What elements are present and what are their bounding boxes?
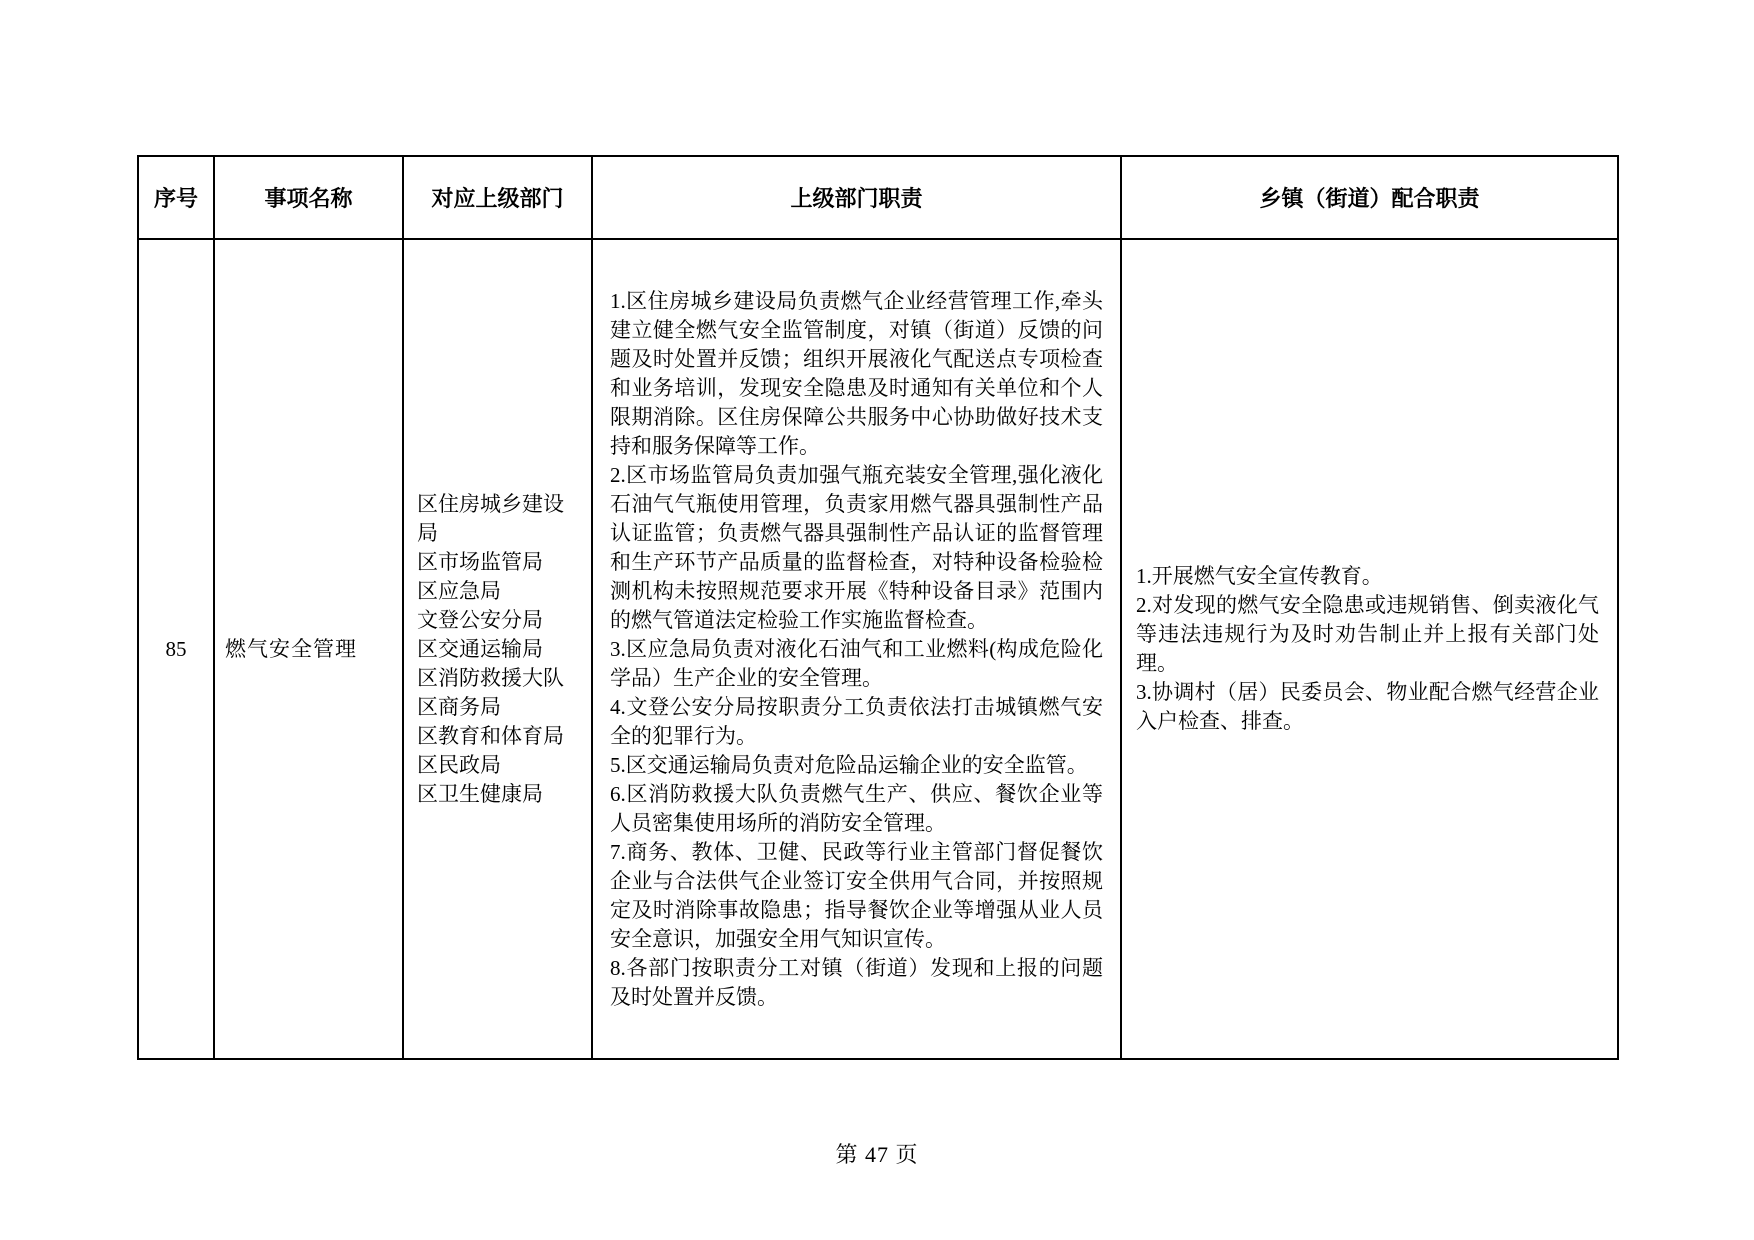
header-serial-number: 序号 [138, 156, 214, 239]
cell-serial-number: 85 [138, 239, 214, 1059]
header-superior-department: 对应上级部门 [403, 156, 592, 239]
department-item: 区交通运输局 [417, 635, 583, 664]
cell-item-name: 燃气安全管理 [214, 239, 403, 1059]
township-duty-paragraph: 3.协调村（居）民委员会、物业配合燃气经营企业入户检查、排查。 [1136, 678, 1599, 736]
department-item: 区应急局 [417, 577, 583, 606]
superior-duty-paragraph: 8.各部门按职责分工对镇（街道）发现和上报的问题及时处置并反馈。 [610, 954, 1103, 1012]
superior-duty-paragraph: 3.区应急局负责对液化石油气和工业燃料(构成危险化学品）生产企业的安全管理。 [610, 635, 1103, 693]
township-duty-paragraph: 1.开展燃气安全宣传教育。 [1136, 562, 1599, 591]
department-item: 区教育和体育局 [417, 722, 583, 751]
cell-township-duties: 1.开展燃气安全宣传教育。 2.对发现的燃气安全隐患或违规销售、倒卖液化气等违法… [1121, 239, 1618, 1059]
table-header-row: 序号 事项名称 对应上级部门 上级部门职责 乡镇（街道）配合职责 [138, 156, 1618, 239]
department-item: 区市场监管局 [417, 548, 583, 577]
header-township-duties: 乡镇（街道）配合职责 [1121, 156, 1618, 239]
responsibility-table: 序号 事项名称 对应上级部门 上级部门职责 乡镇（街道）配合职责 85 燃气安全… [137, 155, 1619, 1060]
header-item-name: 事项名称 [214, 156, 403, 239]
page-number: 第 47 页 [0, 1138, 1754, 1169]
cell-superior-duties: 1.区住房城乡建设局负责燃气企业经营管理工作,牵头建立健全燃气安全监管制度，对镇… [592, 239, 1121, 1059]
department-item: 区消防救援大队 [417, 664, 583, 693]
cell-superior-departments: 区住房城乡建设局 区市场监管局 区应急局 文登公安分局 区交通运输局 区消防救援… [403, 239, 592, 1059]
township-duty-paragraph: 2.对发现的燃气安全隐患或违规销售、倒卖液化气等违法违规行为及时劝告制止并上报有… [1136, 591, 1599, 678]
table-row: 85 燃气安全管理 区住房城乡建设局 区市场监管局 区应急局 文登公安分局 区交… [138, 239, 1618, 1059]
header-superior-duties: 上级部门职责 [592, 156, 1121, 239]
superior-duty-paragraph: 4.文登公安分局按职责分工负责依法打击城镇燃气安全的犯罪行为。 [610, 693, 1103, 751]
department-item: 文登公安分局 [417, 606, 583, 635]
superior-duty-paragraph: 7.商务、教体、卫健、民政等行业主管部门督促餐饮企业与合法供气企业签订安全供用气… [610, 838, 1103, 954]
superior-duty-paragraph: 5.区交通运输局负责对危险品运输企业的安全监管。 [610, 751, 1103, 780]
department-item: 区住房城乡建设局 [417, 490, 583, 548]
document-page: 序号 事项名称 对应上级部门 上级部门职责 乡镇（街道）配合职责 85 燃气安全… [0, 0, 1754, 1240]
superior-duty-paragraph: 2.区市场监管局负责加强气瓶充装安全管理,强化液化石油气气瓶使用管理，负责家用燃… [610, 461, 1103, 635]
department-item: 区卫生健康局 [417, 780, 583, 809]
department-item: 区民政局 [417, 751, 583, 780]
department-item: 区商务局 [417, 693, 583, 722]
superior-duty-paragraph: 6.区消防救援大队负责燃气生产、供应、餐饮企业等人员密集使用场所的消防安全管理。 [610, 780, 1103, 838]
superior-duty-paragraph: 1.区住房城乡建设局负责燃气企业经营管理工作,牵头建立健全燃气安全监管制度，对镇… [610, 287, 1103, 461]
